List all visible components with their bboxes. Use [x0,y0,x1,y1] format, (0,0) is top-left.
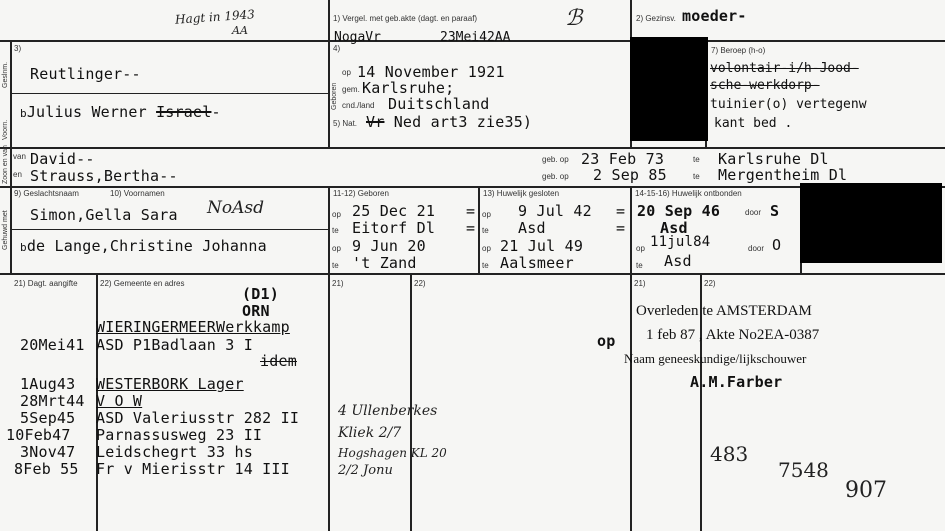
field1-value-b: 23Mei42AA [440,30,510,45]
address-date: 10Feb47 [6,426,71,444]
rule-address-top [0,273,945,275]
spouse1-door-label: door [745,208,761,217]
col22-label: 22) Gemeente en adres [100,279,185,288]
parents-label: Zoon en van [2,145,9,184]
spouse2-born-op-label: op [332,244,341,253]
spouse2-married-at: Aalsmeer [500,254,574,272]
spouse2-dissolved-on: 11jul84 [650,234,710,250]
field1-value-a: NogaVr [334,30,381,45]
firstnames-struck: Israel [156,103,211,121]
address-date: 28Mrt44 [20,392,85,410]
address-date: 3Nov47 [20,443,75,461]
mother-birth-label: geb. op [542,172,569,181]
spouse2-te-label: te [636,261,643,270]
address-entry: WESTERBORK Lager [96,375,244,393]
col21c-label: 21) [634,279,646,288]
birth-place-label: gem. [342,85,360,94]
occupation-line4: kant bed . [714,116,792,131]
birth-country: Duitschland [388,95,490,113]
spouse1-born-te-label: te [332,226,339,235]
mother-birth-place-label: te [693,172,700,181]
nationality-label: 5) Nat. [333,119,357,128]
spouse2-born-at: 't Zand [352,254,417,272]
doctor-label: Naam geneeskundige/lijkschouwer [624,351,806,367]
father-label: van [13,152,26,161]
spouse1-born-on: 25 Dec 21 [352,202,435,220]
col10-label: 10) Voornamen [110,189,165,198]
spouse2-married-op-label: op [482,244,491,253]
spouse2-dissolved-by: O [772,236,781,254]
mother-birth-place: Mergentheim Dl [718,166,847,184]
field2-value: moeder- [682,7,747,25]
doctor-name: A.M.Farber [690,373,782,391]
address-date: 20Mei41 [20,336,85,354]
spouse1-note: NoAsd [207,198,264,218]
firstnames-main: Julius Werner [27,103,147,121]
field4-label: 4) [333,44,340,53]
equals-2a: = [616,202,625,220]
handwritten-number-1: 483 [710,442,748,466]
address-date: 8Feb 55 [14,460,79,478]
handwritten-note: Hogshagen KL 20 [338,446,447,460]
field7-label: 7) Beroep (h-o) [711,46,765,55]
col9-label: 9) Geslachtsnaam [14,189,79,198]
spouse1-born-op-label: op [332,210,341,219]
equals-2b: = [616,219,625,237]
spouse2-prefix: b [20,241,27,254]
spouse1-married-on: 9 Jul 42 [518,202,592,220]
address-entry: WIERINGERMEERWerkkamp [96,318,290,336]
rule-left [10,40,12,273]
rule-col-a [328,0,330,147]
spouse2-married-te-label: te [482,261,489,270]
spouse2-name: bde Lange,Christine Johanna [20,237,267,255]
occupation-line3: tuinier(o) vertegenw [710,97,867,112]
address-entry-struck: idem [260,352,297,370]
spouse2-main: de Lange,Christine Johanna [27,237,267,255]
address-entry: Fr v Mierisstr 14 III [96,460,290,478]
death-date-akte: 1 feb 87 , Akte No2EA-0387 [646,327,819,344]
redaction-block-1 [630,37,708,141]
redaction-block-2 [800,183,942,263]
father-birth-label: geb. op [542,155,569,164]
nationality-main: Ned art3 zie35) [394,113,532,131]
spouse1-married-te-label: te [482,226,489,235]
surname-label: Geslnm. [2,62,9,88]
handwritten-note: Kliek 2/7 [338,425,401,441]
rule-a4 [630,273,632,531]
address-entry: ASD P1Badlaan 3 I [96,336,253,354]
col22b-label: 22) [414,279,426,288]
mother-label: en [13,170,22,179]
father-name: David-- [30,150,95,168]
birth-date-label: op [342,68,351,77]
address-entry: Leidschegrt 33 hs [96,443,253,461]
firstnames-label: Voorn. [2,120,9,140]
address-date: 1Aug43 [20,375,75,393]
rule-parents-top [0,147,945,149]
firstnames-prefix: b [20,107,27,120]
handwritten-number-2: 7548 [778,458,829,482]
spouse1-married-at: Asd [518,219,546,237]
handwritten-note: 2/2 Jonu [338,463,393,478]
col13-label: 13) Huwelijk gesloten [483,189,559,198]
birth-country-label: cnd./land [342,101,374,110]
field3-label: 3) [14,44,21,53]
mother-name: Strauss,Bertha-- [30,167,178,185]
col21b-label: 21) [332,279,344,288]
spouse1-dissolved-on: 20 Sep 46 [637,202,720,220]
death-place: Overleden te AMSTERDAM [636,303,812,320]
rule-name-mid [10,93,328,94]
address-date: 5Sep45 [20,409,75,427]
equals-1a: = [466,202,475,220]
surname-value: Reutlinger-- [30,65,141,83]
rule-m1 [328,186,330,273]
rule-a2 [328,273,330,531]
field1-paraph: ℬ [565,6,582,31]
nationality-value: Vr Ned art3 zie35) [366,113,532,131]
spouse2-door-label: door [748,244,764,253]
rule-a3 [410,273,412,531]
address-entry: ASD Valeriusstr 282 II [96,409,299,427]
op-marker: op [597,332,615,350]
annotation-d1: (D1) [242,285,279,303]
spouse1-born-at: Eitorf Dl [352,219,435,237]
handwritten-number-3: 907 [845,478,887,503]
spouse2-married-on: 21 Jul 49 [500,237,583,255]
spouse1-dissolved-by: S [770,202,779,220]
col21-label: 21) Dagt. aangifte [14,279,78,288]
rule-marriage-mid [10,229,328,230]
firstnames-suffix: - [211,103,220,121]
handwritten-top-sub: AA [232,24,248,37]
occupation-line1: volontair-i/h-Jood- [710,61,859,76]
col1416-label: 14-15-16) Huwelijk ontbonden [635,189,742,198]
field2-label: 2) Gezinsv. [636,14,676,23]
occupation-line2: sche-werkdorp- [710,78,820,93]
equals-1b: = [466,219,475,237]
spouse2-born-on: 9 Jun 20 [352,237,426,255]
spouse2-op-label: op [636,244,645,253]
spouse2-dissolved-at: Asd [664,252,692,270]
spouse2-born-te-label: te [332,261,339,270]
spouse1-name: Simon,Gella Sara [30,206,178,224]
rule-m3 [630,186,632,273]
father-birth-place-label: te [693,155,700,164]
handwritten-note: 4 Ullenberkes [338,403,437,419]
field1-label: 1) Vergel. met geb.akte (dagt. en paraaf… [333,14,477,23]
nationality-struck: Vr [366,113,384,131]
marriage-section-label: Gehuwd met [2,210,9,250]
address-entry: Parnassusweg 23 II [96,426,262,444]
person-card: Hagt in 1943 AA 1) Vergel. met geb.akte … [0,0,945,531]
mother-birth-date: 2 Sep 85 [593,166,667,184]
spouse1-married-op-label: op [482,210,491,219]
address-entry: V O W [96,392,142,410]
rule-m2 [478,186,480,273]
geboren-label: Geboren [331,83,338,110]
firstnames-value: bJulius Werner Israel- [20,103,221,121]
col22c-label: 22) [704,279,716,288]
col1112-label: 11-12) Geboren [333,189,389,198]
